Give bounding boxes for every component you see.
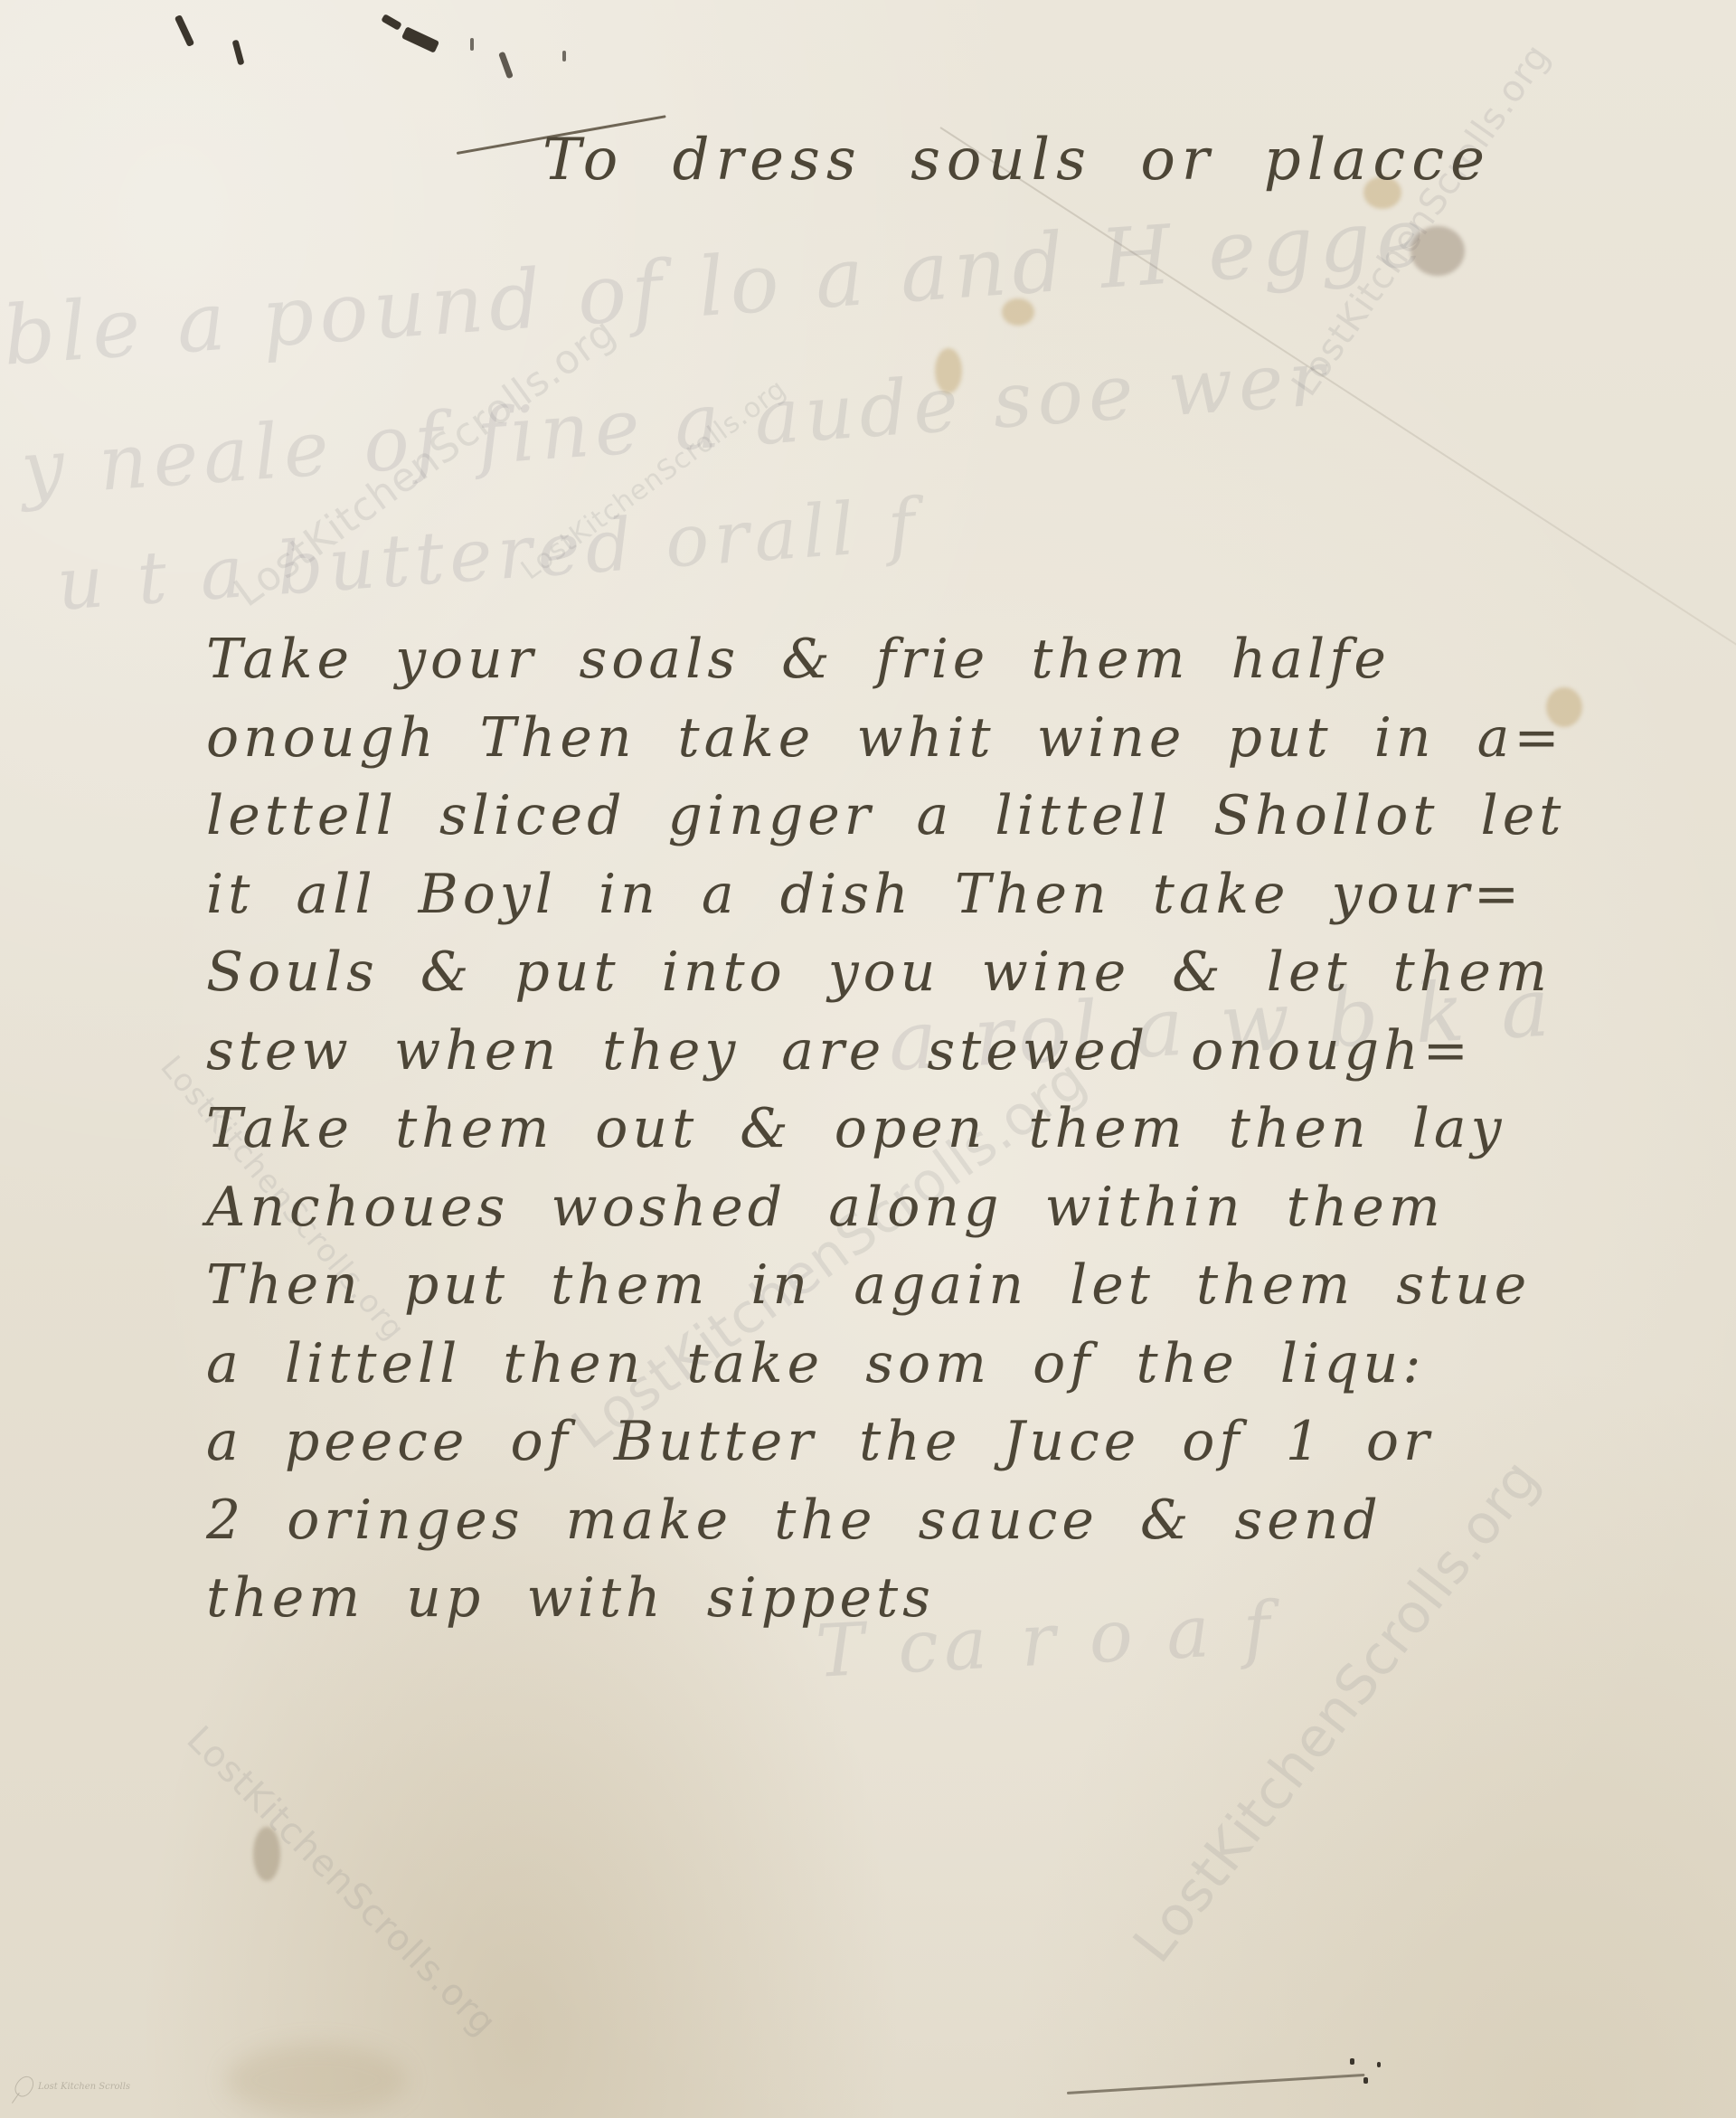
bottom-rule-line [1067,2074,1365,2094]
recipe-line: Take them out & open them then lay [206,1090,1565,1168]
whisk-icon [12,2073,38,2100]
manuscript-page: ble a pound of lo a and H egge y neale o… [0,0,1736,2118]
stain [1410,226,1465,276]
stain [226,2044,407,2116]
recipe-line: a peece of Butter the Juce of 1 or [206,1403,1565,1481]
ink-dot [1350,2058,1354,2065]
ink-mark [401,26,439,53]
ink-dot [1363,2077,1368,2084]
recipe-body: Take your soals & frie them halfe onough… [206,620,1565,1638]
recipe-line: lettell sliced ginger a littell Shollot … [206,777,1565,856]
recipe-line: Anchoues woshed along within them [206,1168,1565,1247]
recipe-line: them up with sippets [206,1559,1565,1638]
recipe-line: Then put them in again let them stue [206,1246,1565,1325]
ink-mark [175,14,194,47]
recipe-line: a littell then take som of the liqu: [206,1325,1565,1404]
ink-dot [1377,2062,1381,2067]
stain [1002,298,1034,326]
stain [253,1827,280,1881]
footer-logo-label: Lost Kitchen Scrolls [38,2082,130,2092]
ink-mark [381,14,402,31]
bleed-through-text: u t a buttered orall f [54,482,923,627]
stain [935,348,962,393]
footer-logo: Lost Kitchen Scrolls [16,2075,130,2097]
ink-mark [562,51,566,61]
recipe-line: onough Then take whit wine put in a= [206,699,1565,778]
ink-mark [470,38,474,51]
watermark: LostKitchenScrolls.org [178,1718,504,2044]
recipe-line: Souls & put into you wine & let them [206,933,1565,1012]
recipe-title: To dress souls or placce [542,127,1491,194]
recipe-line: it all Boyl in a dish Then take your= [206,856,1565,934]
ink-mark [498,52,514,80]
recipe-line: Take your soals & frie them halfe [206,620,1565,699]
recipe-line: stew when they are stewed onough= [206,1012,1565,1091]
ink-mark [231,40,244,66]
recipe-line: 2 oringes make the sauce & send [206,1481,1565,1560]
